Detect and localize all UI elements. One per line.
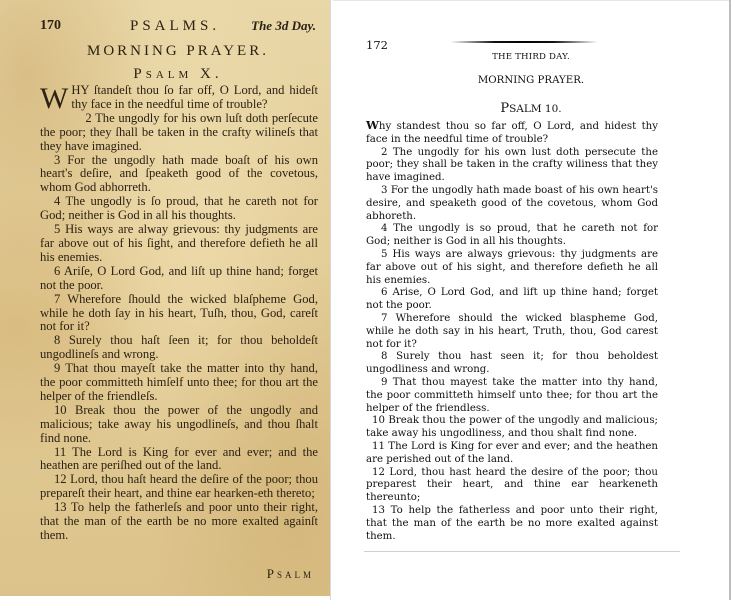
facsimile-verse-text: Wherefore ſhould the wicked blaſpheme Go… (40, 292, 318, 334)
typeset-verse-number: 12 (372, 467, 385, 478)
typeset-verse-12: 12 Lord, thou hast heard the desire of t… (366, 467, 658, 505)
typeset-verse-13: 13 To help the fatherless and poor unto … (366, 505, 658, 543)
facsimile-verse-6: 6 Ariſe, O Lord God, and liſt up thine h… (40, 265, 318, 293)
typeset-verse-text: hy standest thou so far off, O Lord, and… (366, 121, 658, 145)
typeset-verse-number: 13 (372, 505, 385, 516)
facsimile-verse-3: 3 For the ungodly hath made boaſt of his… (40, 154, 318, 196)
typeset-verse-10: 10 Break thou the power of the ungodly a… (366, 415, 658, 441)
typeset-verse-text: The ungodly is so proud, that he careth … (366, 223, 658, 247)
facsimile-verse-13: 13 To help the fatherleſs and poor unto … (40, 501, 318, 543)
typeset-verse-number: 8 (381, 351, 387, 362)
typeset-verse-2: 2 The ungodly for his own lust doth pers… (366, 147, 658, 185)
typeset-verse-text: Lord, thou hast heard the desire of the … (366, 467, 658, 504)
typeset-verse-text: Surely thou hast seen it; for thou behol… (366, 351, 658, 375)
typeset-verse-9: 9 That thou mayest take the matter into … (366, 377, 658, 415)
typeset-verse-number: 2 (381, 147, 387, 158)
typeset-page-number: 172 (366, 38, 388, 52)
typeset-verse-5: 5 His ways are always grievous: thy judg… (366, 249, 658, 287)
facsimile-page: 170 PSALMS. The 3d Day. MORNING PRAYER. … (0, 0, 330, 596)
facsimile-verse-8: 8 Surely thou haſt ſeen it; for thou beh… (40, 334, 318, 362)
facsimile-verse-number: 4 (54, 194, 60, 208)
facsimile-psalm-text: WHY ſtandeſt thou ſo far off, O Lord, an… (40, 84, 318, 543)
typeset-verse-number: 11 (372, 441, 385, 452)
typeset-psalm-text: Why standest thou so far off, O Lord, an… (366, 119, 658, 543)
typeset-verse-number: 9 (381, 377, 387, 388)
facsimile-verse-text: Ariſe, O Lord God, and liſt up thine han… (40, 264, 318, 292)
typeset-page: 172 THE THIRD DAY. MORNING PRAYER. PSALM… (333, 0, 731, 600)
book-spread: 170 PSALMS. The 3d Day. MORNING PRAYER. … (0, 0, 732, 600)
facsimile-section-title: MORNING PRAYER. (40, 43, 316, 60)
psalm-heading-initial: P (500, 101, 509, 116)
facsimile-verse-text: Surely thou haſt ſeen it; for thou behol… (40, 333, 318, 361)
typeset-verse-number: 7 (381, 313, 387, 324)
typeset-verse-number: 10 (372, 415, 385, 426)
facsimile-verse-5: 5 His ways are alway grievous: thy judgm… (40, 223, 318, 265)
header-ornament-rule (450, 41, 598, 43)
facsimile-verse-text: HY ſtandeſt thou ſo far off, O Lord, and… (71, 83, 318, 111)
typeset-verse-4: 4 The ungodly is so proud, that he caret… (366, 223, 658, 249)
typeset-verse-number: 3 (381, 185, 387, 196)
typeset-verse-text: The Lord is King for ever and ever; and … (366, 441, 658, 465)
typeset-verse-text: His ways are always grievous: thy judgme… (366, 249, 658, 286)
typeset-verse-number: 5 (381, 249, 387, 260)
page-top-edge (333, 0, 729, 1)
facsimile-verse-number: 9 (54, 361, 60, 375)
typeset-verse-number: 4 (381, 223, 387, 234)
typeset-verse-text: That thou mayest take the matter into th… (366, 377, 658, 414)
facsimile-verse-text: The ungodly is ſo proud, that he careth … (40, 194, 318, 222)
facsimile-verse-4: 4 The ungodly is ſo proud, that he caret… (40, 195, 318, 223)
facsimile-verse-12: 12 Lord, thou haſt heard the deſire of t… (40, 473, 318, 501)
facsimile-verse-text: To help the fatherleſs and poor unto the… (40, 500, 318, 542)
typeset-verse-text: Wherefore should the wicked blaspheme Go… (366, 313, 658, 350)
typeset-verse-7: 7 Wherefore should the wicked blaspheme … (366, 313, 658, 351)
facsimile-verse-7: 7 Wherefore ſhould the wicked blaſpheme … (40, 293, 318, 335)
facsimile-running-head: PSALMS. (130, 18, 220, 35)
facsimile-verse-text: The Lord is King for ever and ever; and … (40, 445, 318, 473)
lead-letter: W (366, 118, 379, 132)
typeset-verse-text: The ungodly for his own lust doth persec… (366, 147, 658, 184)
facsimile-verse-text: Break thou the power of the ungodly and … (40, 403, 318, 445)
facsimile-verse-2: 2 The ungodly for his own luſt doth perſ… (40, 112, 318, 154)
facsimile-page-number: 170 (40, 18, 61, 34)
typeset-verse-3: 3 For the ungodly hath made boast of his… (366, 185, 658, 223)
typeset-verse-text: Break thou the power of the ungodly and … (366, 415, 658, 439)
facsimile-verse-number: 5 (54, 222, 60, 236)
typeset-verse-text: Arise, O Lord God, and lift up thine han… (366, 287, 658, 311)
typeset-verse-number: 6 (381, 287, 387, 298)
facsimile-psalm-heading: Psalm X. (40, 66, 316, 83)
facsimile-verse-9: 9 That thou mayeſt take the matter into … (40, 362, 318, 404)
typeset-verse-11: 11 The Lord is King for ever and ever; a… (366, 441, 658, 467)
facsimile-verse-text: His ways are alway grievous: thy judgmen… (40, 222, 318, 264)
facsimile-verse-number: 3 (54, 153, 60, 167)
typeset-verse-1: Why standest thou so far off, O Lord, an… (366, 119, 658, 147)
facsimile-verse-number: 2 (85, 111, 91, 125)
facsimile-verse-number: 7 (54, 292, 60, 306)
facsimile-drop-cap: W (40, 86, 68, 112)
typeset-verse-text: To help the fatherless and poor unto the… (366, 505, 658, 542)
facsimile-verse-11: 11 The Lord is King for ever and ever; a… (40, 446, 318, 474)
facsimile-verse-text: That thou mayeſt take the matter into th… (40, 361, 318, 403)
typeset-running-head: THE THIRD DAY. (333, 52, 729, 62)
facsimile-verse-1: WHY ſtandeſt thou ſo far off, O Lord, an… (40, 84, 318, 112)
facsimile-verse-number: 8 (54, 333, 60, 347)
facsimile-day-label: The 3d Day. (251, 18, 316, 34)
facsimile-verse-10: 10 Break thou the power of the ungodly a… (40, 404, 318, 446)
typeset-verse-6: 6 Arise, O Lord God, and lift up thine h… (366, 287, 658, 313)
facsimile-verse-text: For the ungodly hath made boaſt of his o… (40, 153, 318, 195)
facsimile-verse-number: 11 (54, 445, 66, 459)
facsimile-verse-number: 10 (54, 403, 67, 417)
facsimile-verse-number: 6 (54, 264, 60, 278)
typeset-verse-text: For the ungodly hath made boast of his o… (366, 185, 658, 222)
facsimile-verse-number: 12 (54, 472, 67, 486)
facsimile-verse-text: Lord, thou haſt heard the deſire of the … (40, 472, 318, 500)
facsimile-verse-number: 13 (54, 500, 67, 514)
typeset-section-title: MORNING PRAYER. (333, 75, 729, 86)
facsimile-catchword: Psalm (267, 566, 314, 582)
footer-rule (364, 551, 680, 552)
facsimile-header: 170 PSALMS. The 3d Day. (0, 18, 330, 38)
typeset-verse-8: 8 Surely thou hast seen it; for thou beh… (366, 351, 658, 377)
facsimile-verse-text: The ungodly for his own luſt doth perſec… (40, 111, 318, 153)
psalm-heading-rest: SALM 10. (509, 103, 562, 115)
typeset-psalm-heading: PSALM 10. (333, 101, 729, 116)
